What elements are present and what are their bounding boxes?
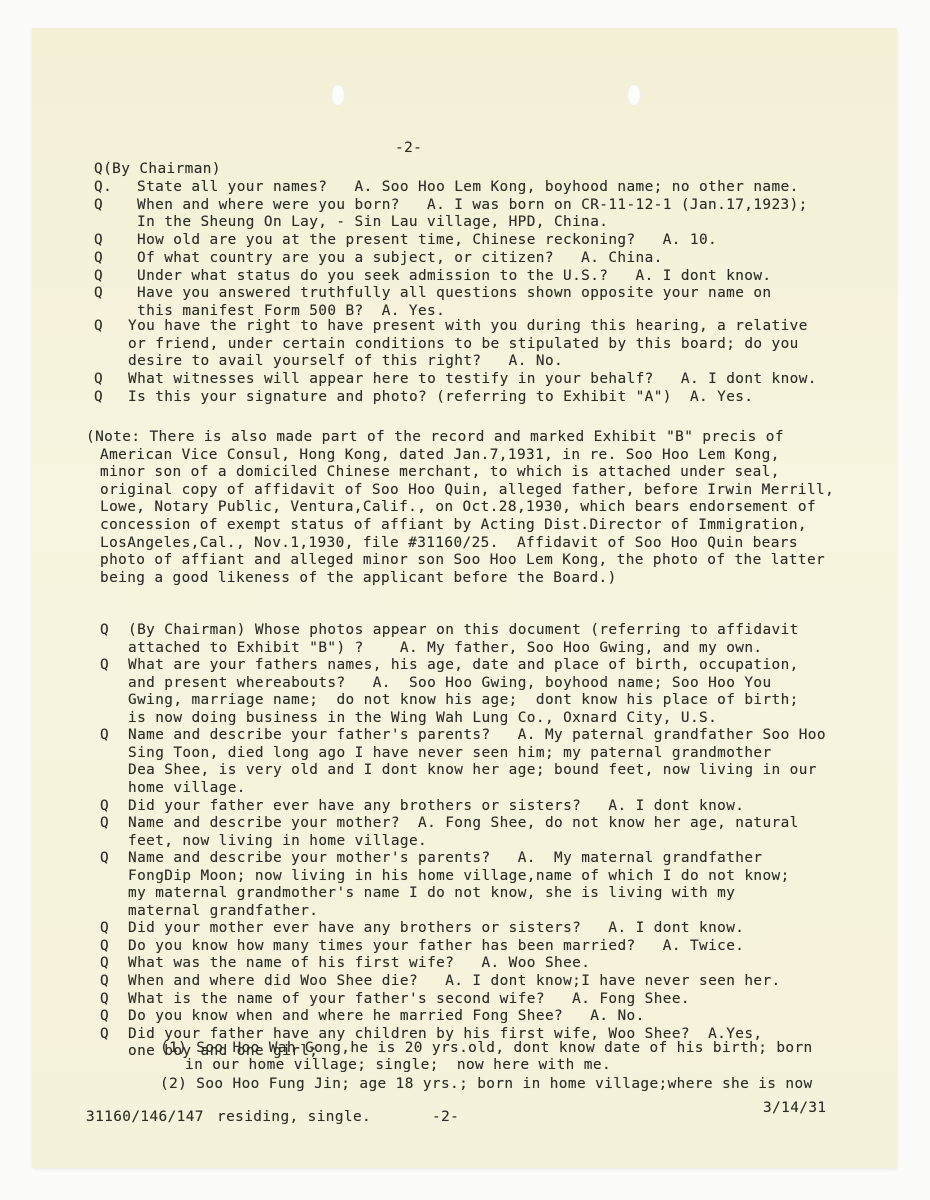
- question-line: Did your father ever have any brothers o…: [128, 798, 744, 815]
- continuation-line: home village.: [128, 780, 246, 797]
- question-marker: Q: [100, 798, 109, 815]
- question-line: How old are you at the present time, Chi…: [137, 232, 717, 249]
- question-marker: Q: [94, 197, 103, 214]
- footer-page-marker: -2-: [432, 1109, 459, 1126]
- question-line: Name and describe your mother? A. Fong S…: [128, 815, 799, 832]
- continuation-line: Dea Shee, is very old and I dont know he…: [128, 762, 817, 779]
- note-line: LosAngeles,Cal., Nov.1,1930, file #31160…: [100, 535, 798, 552]
- question-line: What are your fathers names, his age, da…: [128, 657, 799, 674]
- question-line: You have the right to have present with …: [128, 318, 808, 335]
- question-marker: Q: [100, 727, 109, 744]
- continuation-line: FongDip Moon; now living in his home vil…: [128, 868, 790, 885]
- continuation-line: or friend, under certain conditions to b…: [128, 336, 799, 353]
- question-line: (By Chairman) Whose photos appear on thi…: [128, 622, 799, 639]
- question-marker: Q: [100, 1026, 109, 1043]
- note-line: original copy of affidavit of Soo Hoo Qu…: [100, 482, 834, 499]
- page-header: -2-: [395, 140, 422, 157]
- question-line: Did your mother ever have any brothers o…: [128, 920, 744, 937]
- continuation-line: feet, now living in home village.: [128, 833, 427, 850]
- question-marker: Q: [94, 268, 103, 285]
- child-entry-line: (2) Soo Hoo Fung Jin; age 18 yrs.; born …: [160, 1076, 813, 1093]
- question-line: Do you know how many times your father h…: [128, 938, 744, 955]
- question-marker: Q: [100, 955, 109, 972]
- continuation-line: Gwing, marriage name; do not know his ag…: [128, 692, 799, 709]
- continuation-line: desire to avail yourself of this right? …: [128, 353, 563, 370]
- question-marker: Q: [100, 1008, 109, 1025]
- continuation-line: Sing Toon, died long ago I have never se…: [128, 745, 772, 762]
- question-line: When and where did Woo Shee die? A. I do…: [128, 973, 781, 990]
- question-marker: Q: [94, 318, 103, 335]
- continuation-line: In the Sheung On Lay, - Sin Lau village,…: [137, 214, 608, 231]
- question-marker: Q.: [94, 179, 112, 196]
- punch-hole: [331, 84, 345, 106]
- question-line: Of what country are you a subject, or ci…: [137, 250, 663, 267]
- question-line: Have you answered truthfully all questio…: [137, 285, 771, 302]
- note-line: minor son of a domiciled Chinese merchan…: [100, 464, 780, 481]
- continuation-line: is now doing business in the Wing Wah Lu…: [128, 710, 717, 727]
- child-entry-line: in our home village; single; now here wi…: [185, 1057, 611, 1074]
- question-marker: Q: [100, 938, 109, 955]
- question-line: What witnesses will appear here to testi…: [128, 371, 817, 388]
- question-line: Is this your signature and photo? (refer…: [128, 389, 753, 406]
- question-marker: Q: [100, 920, 109, 937]
- continuation-line: attached to Exhibit "B") ? A. My father,…: [128, 640, 762, 657]
- footer-date: 3/14/31: [763, 1100, 826, 1117]
- note-line: being a good likeness of the applicant b…: [100, 570, 617, 587]
- note-line: photo of affiant and alleged minor son S…: [100, 552, 825, 569]
- question-line: When and where were you born? A. I was b…: [137, 197, 808, 214]
- question-marker: Q: [94, 232, 103, 249]
- question-marker: Q: [94, 250, 103, 267]
- question-marker: Q: [94, 285, 103, 302]
- question-marker: Q: [94, 389, 103, 406]
- question-marker: Q: [100, 622, 109, 639]
- note-line: concession of exempt status of affiant b…: [100, 517, 807, 534]
- footer-file-number: 31160/146/147: [86, 1109, 204, 1126]
- question-line: Under what status do you seek admission …: [137, 268, 771, 285]
- punch-hole: [627, 84, 641, 106]
- question-line: State all your names? A. Soo Hoo Lem Kon…: [137, 179, 799, 196]
- note-line: Lowe, Notary Public, Ventura,Calif., on …: [100, 499, 816, 516]
- continuation-line: and present whereabouts? A. Soo Hoo Gwin…: [128, 675, 772, 692]
- continuation-line: maternal grandfather.: [128, 903, 318, 920]
- question-line: Do you know when and where he married Fo…: [128, 1008, 645, 1025]
- question-marker: Q: [100, 850, 109, 867]
- question-marker: Q: [100, 991, 109, 1008]
- question-line: What was the name of his first wife? A. …: [128, 955, 590, 972]
- footer-continuation: residing, single.: [217, 1109, 371, 1126]
- question-line: Name and describe your mother's parents?…: [128, 850, 762, 867]
- question-marker: Q: [100, 815, 109, 832]
- question-marker: Q: [100, 973, 109, 990]
- question-line: Name and describe your father's parents?…: [128, 727, 826, 744]
- question-line: What is the name of your father's second…: [128, 991, 690, 1008]
- note-line: American Vice Consul, Hong Kong, dated J…: [100, 447, 780, 464]
- section-label: Q(By Chairman): [94, 161, 221, 178]
- child-entry-line: (1) Soo Hoo Wah Gong,he is 20 yrs.old, d…: [160, 1040, 813, 1057]
- question-marker: Q: [94, 371, 103, 388]
- question-marker: Q: [100, 657, 109, 674]
- note-line: (Note: There is also made part of the re…: [86, 429, 784, 446]
- continuation-line: my maternal grandmother's name I do not …: [128, 885, 735, 902]
